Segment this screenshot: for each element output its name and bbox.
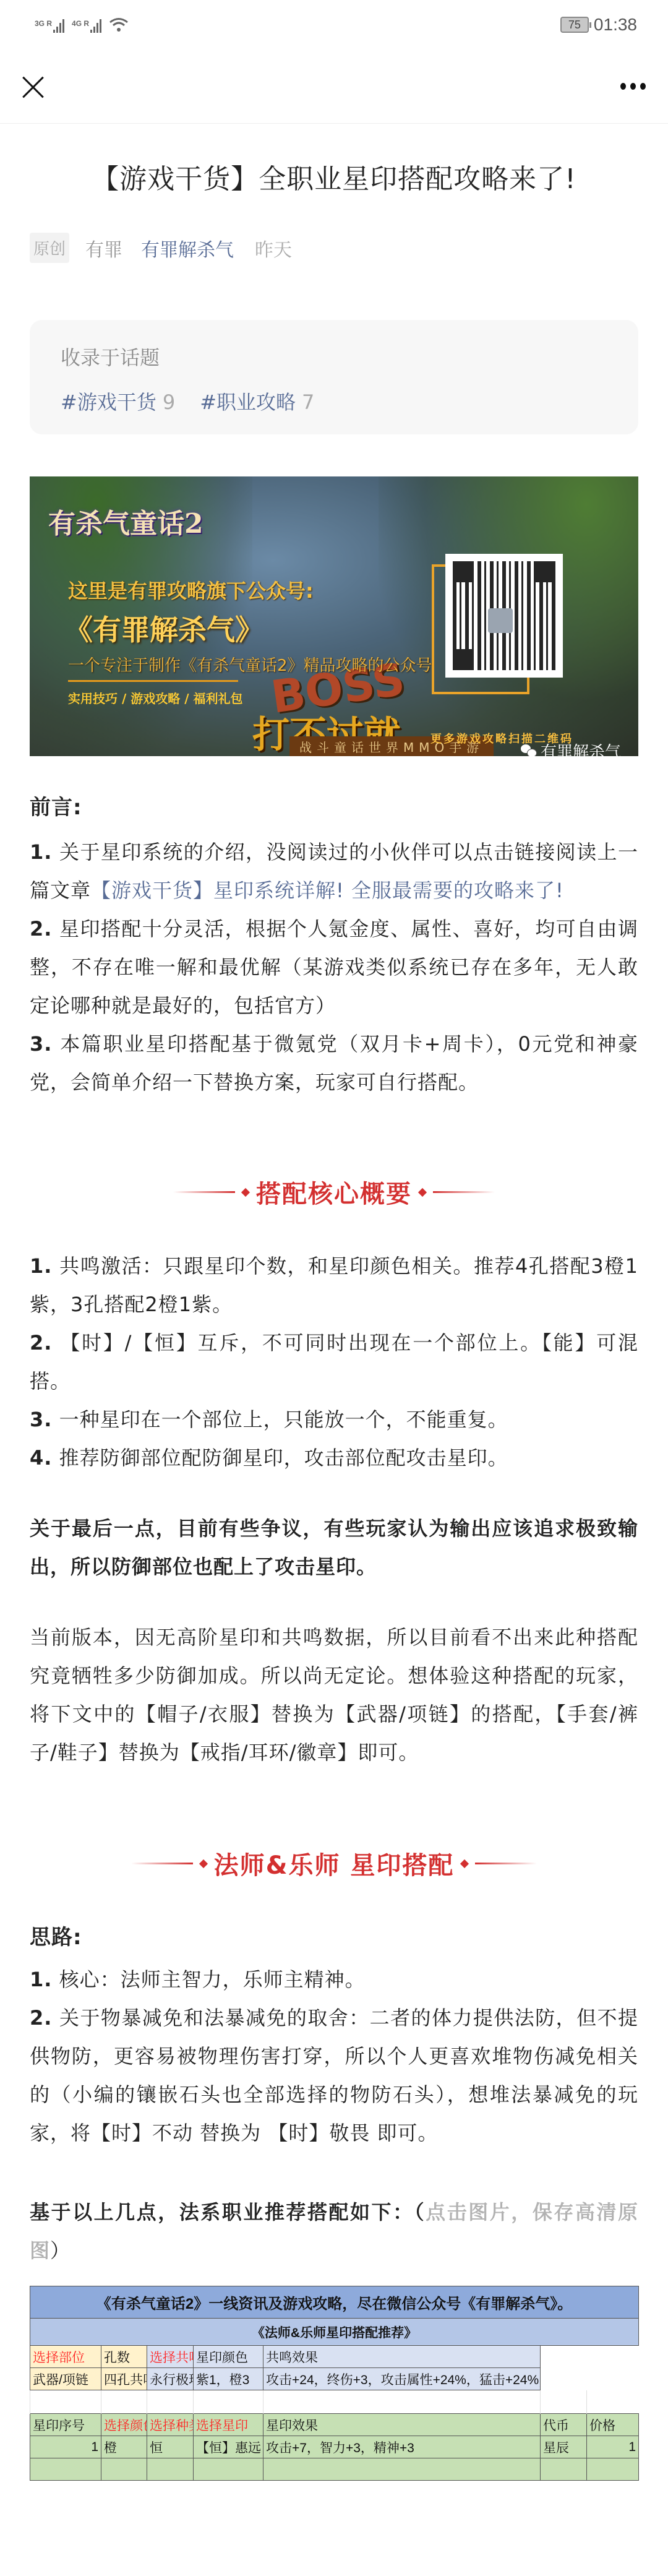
- account-link[interactable]: 有罪解杀气: [141, 235, 234, 262]
- prev-article-link[interactable]: 【游戏干货】星印系统详解! 全服最需要的攻略来了!: [91, 879, 564, 902]
- section-title: 搭配核心概要: [256, 1174, 412, 1210]
- article: 【游戏干货】全职业星印搭配攻略来了! 原创 有罪 有罪解杀气 昨天 收录于话题 …: [0, 161, 668, 2481]
- recommend-line: 基于以上几点，法系职业推荐搭配如下：（点击图片，保存高清原图）: [30, 2193, 638, 2270]
- core-summary: 1. 共鸣激活：只跟星印个数，和星印颜色相关。推荐4孔搭配3橙1紫，3孔搭配2橙…: [30, 1247, 638, 1772]
- author-name: 有罪: [85, 235, 122, 262]
- banner-line1: 这里是有罪攻略旗下公众号:: [68, 575, 314, 604]
- table-title-row: 《有杀气童话2》一线资讯及游戏攻略，尽在微信公众号《有罪解杀气》。: [30, 2286, 639, 2319]
- preface-heading: 前言:: [30, 788, 638, 827]
- topic-label: #游戏干货: [61, 390, 156, 414]
- clock: 01:38: [594, 15, 637, 35]
- close-icon[interactable]: [21, 74, 46, 99]
- bold-note: 关于最后一点，目前有些争议，有些玩家认为输出应该追求极致输出，所以防御部位也配上…: [30, 1509, 638, 1586]
- mage-item-2: 2. 关于物暴减免和法暴减免的取舍：二者的体力提供法防，但不提供物防，更容易被物…: [30, 1999, 638, 2152]
- section-title: 法师&乐师 星印搭配: [214, 1846, 455, 1881]
- topics-card: 收录于话题 #游戏干货9 #职业攻略7: [30, 320, 638, 434]
- core-item-3: 3. 一种星印在一个部位上，只能放一个，不能重复。: [30, 1400, 638, 1439]
- signal-label: 3G R: [35, 19, 52, 28]
- banner-line4: 实用技巧 / 游戏攻略 / 福利礼包: [68, 689, 242, 707]
- topic-count: 9: [163, 390, 175, 414]
- resonance-row: 武器/项链 四孔共鸣 永行极环 紫1，橙3 攻击+24，终伤+3，攻击属性+24…: [30, 2368, 639, 2390]
- core-item-2: 2. 【时】/【恒】互斥，不可同时出现在一个部位上。【能】可混搭。: [30, 1324, 638, 1400]
- battery-icon: 75: [560, 17, 589, 33]
- article-meta: 原创 有罪 有罪解杀气 昨天: [30, 233, 638, 263]
- topics-header: 收录于话题: [61, 342, 607, 371]
- preface-item-2: 2. 星印搭配十分灵活，根据个人氪金度、属性、喜好，均可自由调整，不存在唯一解和…: [30, 910, 638, 1025]
- section-divider-core: 搭配核心概要: [30, 1174, 638, 1210]
- preface-item-1: 1. 关于星印系统的介绍，没阅读过的小伙伴可以点击链接阅读上一篇文章【游戏干货】…: [30, 833, 638, 910]
- table-row: 1 橙 恒 【恒】惠远 攻击+7，智力+3，精神+3 星辰 1: [30, 2436, 639, 2458]
- seal-recommendation-table-image[interactable]: 《有杀气童话2》一线资讯及游戏攻略，尽在微信公众号《有罪解杀气》。 《法师&乐师…: [30, 2286, 639, 2481]
- banner-line3: 一个专注于制作《有杀气童话2》精品攻略的公众号: [68, 653, 432, 676]
- game-logo: 有杀气童话2: [48, 501, 203, 541]
- banner-line2: 《有罪解杀气》: [64, 608, 263, 648]
- preface-section: 前言: 1. 关于星印系统的介绍，没阅读过的小伙伴可以点击链接阅读上一篇文章【游…: [30, 788, 638, 1101]
- mage-item-1: 1. 核心：法师主智力，乐师主精神。: [30, 1960, 638, 1999]
- note-paragraph: 当前版本，因无高阶星印和共鸣数据，所以目前看不出来此种搭配究竟牺牲多少防御加成。…: [30, 1618, 638, 1772]
- watermark: 有罪解杀气: [521, 739, 621, 756]
- core-item-4: 4. 推荐防御部位配防御星印，攻击部位配攻击星印。: [30, 1439, 638, 1477]
- more-options-icon[interactable]: [620, 83, 646, 90]
- topic-tag-game-tips[interactable]: #游戏干货9: [61, 387, 175, 415]
- qr-center-logo: [488, 608, 513, 633]
- signal-label: 4G R: [72, 19, 89, 28]
- mage-section: 思路: 1. 核心：法师主智力，乐师主精神。 2. 关于物暴减免和法暴减免的取舍…: [30, 1918, 638, 2270]
- watermark-text: 有罪解杀气: [541, 739, 621, 756]
- section-divider-mage: 法师&乐师 星印搭配: [30, 1846, 638, 1881]
- topic-label: #职业攻略: [200, 390, 296, 414]
- cellular-signal-icon: 4G R: [72, 19, 101, 33]
- wechat-icon: [521, 744, 537, 757]
- wifi-icon: [109, 17, 129, 33]
- publish-date: 昨天: [255, 235, 292, 262]
- original-badge: 原创: [30, 233, 69, 263]
- table-row-partial: [30, 2458, 639, 2481]
- status-bar: 3G R 4G R 75 01:38: [0, 0, 668, 50]
- top-nav: [0, 50, 668, 124]
- topic-tag-class-guide[interactable]: #职业攻略7: [200, 387, 314, 415]
- resonance-header-row: 选择部位 孔数 选择共鸣 星印颜色 共鸣效果: [30, 2346, 639, 2368]
- banner-divider: [68, 680, 238, 682]
- article-title: 【游戏干货】全职业星印搭配攻略来了!: [30, 161, 638, 198]
- approach-heading: 思路:: [30, 1918, 638, 1957]
- seal-header-row: 星印序号 选择颜色 选择种类 选择星印 星印效果 代币 价格: [30, 2414, 639, 2436]
- promo-banner-image[interactable]: 有杀气童话2 BOSS 打不过就 战斗童话世界MMO手游 这里是有罪攻略旗下公众…: [30, 476, 638, 756]
- topic-count: 7: [302, 390, 314, 414]
- cellular-signal-icon: 3G R: [35, 19, 64, 33]
- core-item-1: 1. 共鸣激活：只跟星印个数，和星印颜色相关。推荐4孔搭配3橙1紫，3孔搭配2橙…: [30, 1247, 638, 1324]
- table-subtitle-row: 《法师&乐师星印搭配推荐》: [30, 2319, 639, 2346]
- preface-item-3: 3. 本篇职业星印搭配基于微氪党（双月卡+周卡），0元党和神豪党，会简单介绍一下…: [30, 1025, 638, 1101]
